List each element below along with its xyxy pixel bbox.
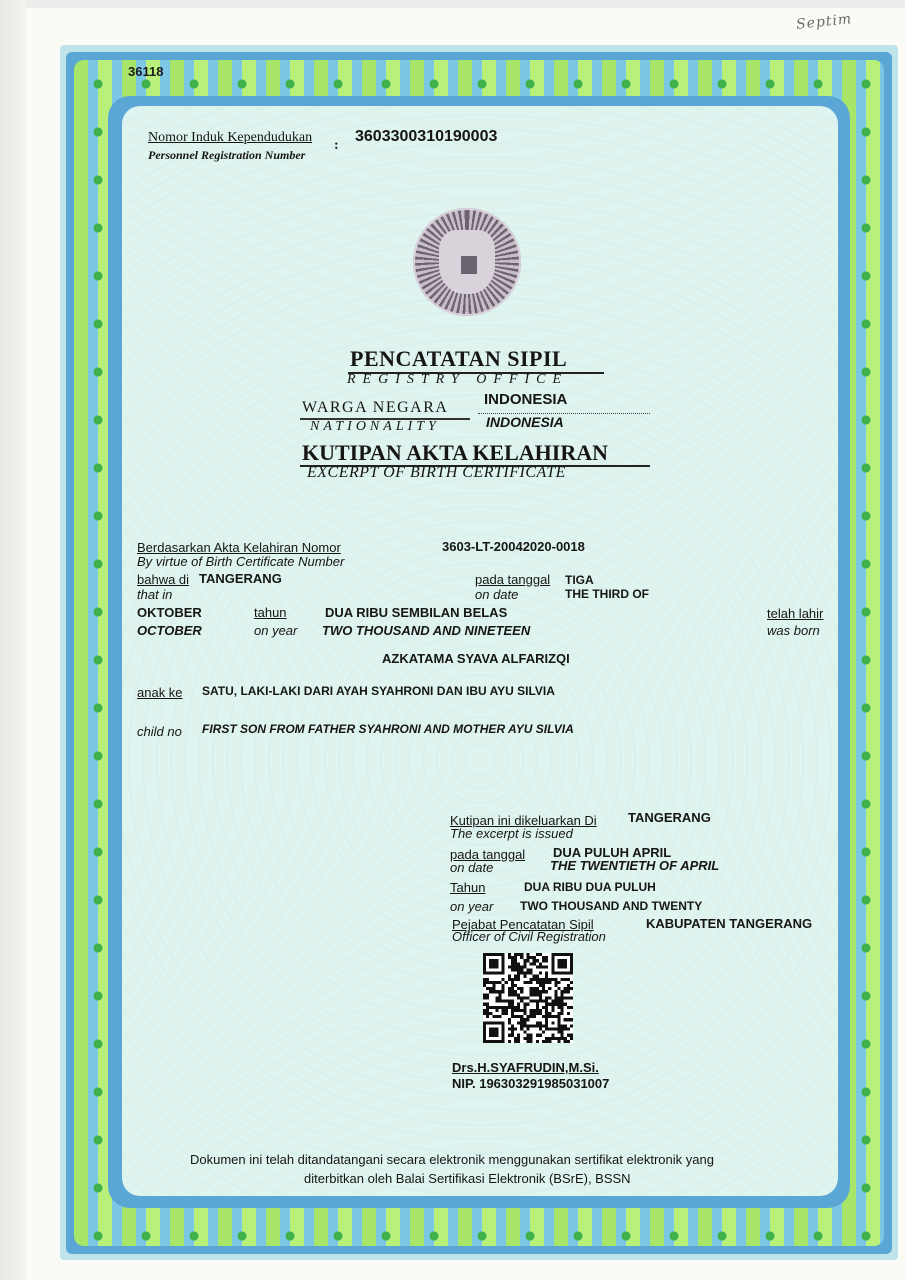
nationality-value-id: INDONESIA [484,391,567,408]
child-no-label-id: anak ke [137,685,183,700]
officer-label-en: Officer of Civil Registration [452,929,606,944]
footer-line-1: Dokumen ini telah ditandatangani secara … [190,1152,714,1167]
year-label-id: tahun [254,605,287,620]
serial-number: 36118 [128,64,163,79]
date-label-id: pada tanggal [475,572,550,587]
child-no-value-id: SATU, LAKI-LAKI DARI AYAH SYAHRONI DAN I… [202,684,555,698]
cert-number-label-en: By virtue of Birth Certificate Number [137,554,344,569]
birth-month-en: OCTOBER [137,623,202,638]
registry-title-id: PENCATATAN SIPIL [350,346,567,372]
signatory-name: Drs.H.SYAFRUDIN,M.Si. [452,1060,599,1075]
child-no-value-en: FIRST SON FROM FATHER SYAHRONI AND MOTHE… [202,722,574,736]
child-no-label-en: child no [137,724,182,739]
cert-number-label-id: Berdasarkan Akta Kelahiran Nomor [137,540,341,555]
issue-date-label-en: on date [450,860,493,875]
date-label-en: on date [475,587,518,602]
place-label-id: bahwa di [137,572,189,587]
garuda-emblem-icon [413,208,521,316]
issue-year-label-en: on year [450,899,493,914]
birth-year-en: TWO THOUSAND AND NINETEEN [322,623,530,638]
signatory-nip: NIP. 196303291985031007 [452,1076,609,1091]
scan-edge-top [0,0,905,8]
born-label-id: telah lahir [767,606,823,621]
scan-edge-left [0,0,26,1280]
birth-date-value-id: TIGA [565,573,594,587]
child-name: AZKATAMA SYAVA ALFARIZQI [382,651,570,666]
birth-year-id: DUA RIBU SEMBILAN BELAS [325,605,507,620]
nik-value: 3603300310190003 [355,128,497,146]
nationality-value-en: INDONESIA [486,414,564,430]
nik-label-en: Personnel Registration Number [148,148,305,163]
issue-year-label-id: Tahun [450,880,485,895]
nik-separator: : [334,138,339,154]
issued-place-value: TANGERANG [628,810,711,825]
document-title-id: KUTIPAN AKTA KELAHIRAN [302,440,608,466]
year-label-en: on year [254,623,297,638]
birth-month-id: OKTOBER [137,605,202,620]
nik-label-id: Nomor Induk Kependudukan [148,130,312,146]
nationality-label-en: NATIONALITY [310,419,440,435]
issue-date-value-en: THE TWENTIETH OF APRIL [550,858,719,873]
issued-label-en: The excerpt is issued [450,826,573,841]
officer-value: KABUPATEN TANGERANG [646,916,812,931]
birth-date-value-en: THE THIRD OF [565,587,649,601]
footer-line-2: diterbitkan oleh Balai Sertifikasi Elekt… [304,1171,631,1186]
place-label-en: that in [137,587,172,602]
birth-place-value: TANGERANG [199,571,282,586]
cert-number-value: 3603-LT-20042020-0018 [442,539,585,554]
born-label-en: was born [767,623,820,638]
qr-code-icon [483,953,573,1043]
document-title-en: EXCERPT OF BIRTH CERTIFICATE [307,464,566,482]
issue-year-value-id: DUA RIBU DUA PULUH [524,880,656,894]
issue-year-value-en: TWO THOUSAND AND TWENTY [520,899,702,913]
nationality-label-id: WARGA NEGARA [302,399,448,417]
registry-title-en: REGISTRY OFFICE [347,372,568,388]
